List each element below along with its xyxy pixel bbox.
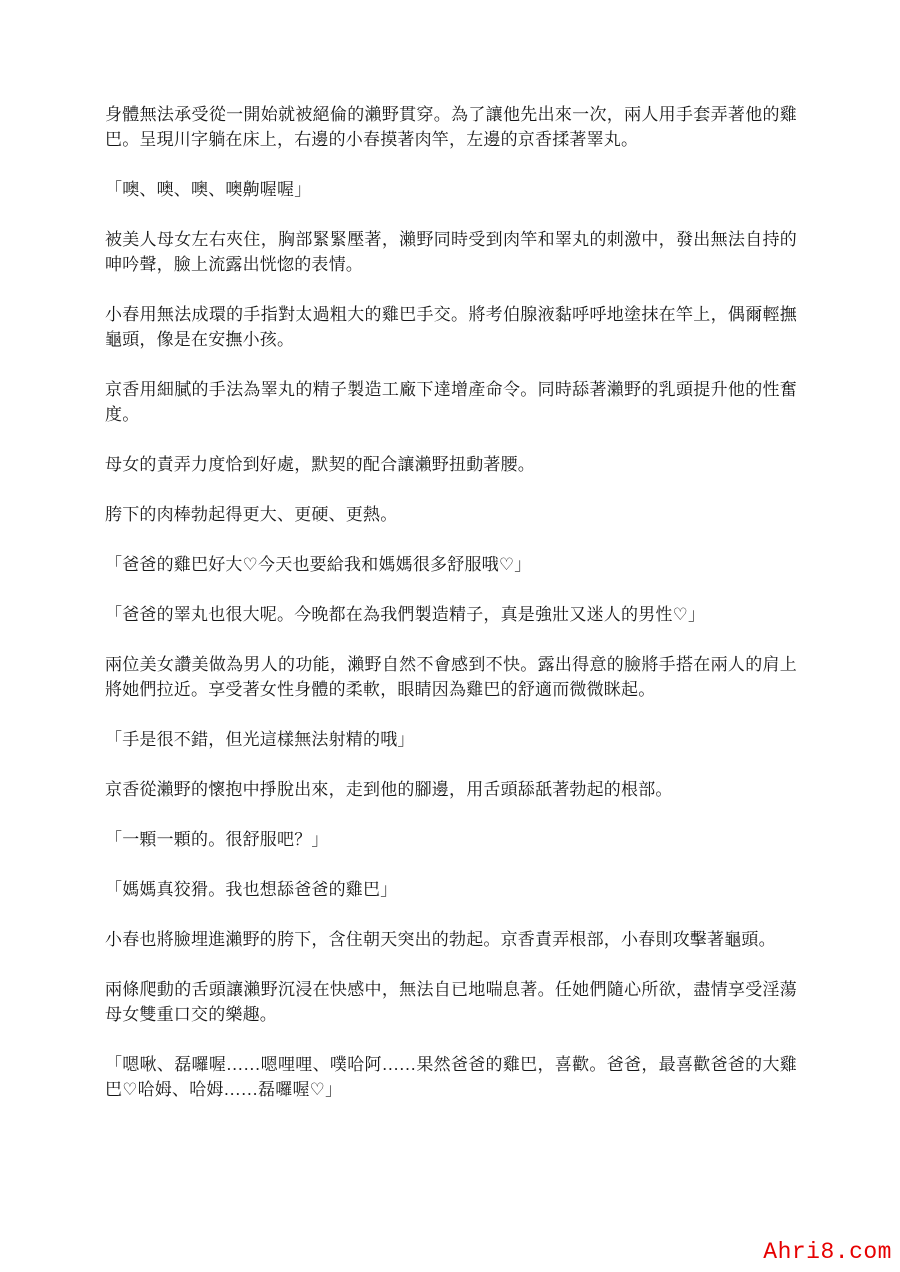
paragraph-13: 「一顆一顆的。很舒服吧？」 [105,827,797,852]
paragraph-16: 兩條爬動的舌頭讓瀨野沉浸在快感中，無法自已地喘息著。任她們隨心所欲，盡情享受淫蕩… [105,977,797,1027]
paragraph-11: 「手是很不錯，但光這樣無法射精的哦」 [105,727,797,752]
paragraph-17: 「嗯啾、磊囉喔……嗯哩哩、噗哈阿……果然爸爸的雞巴，喜歡。爸爸，最喜歡爸爸的大雞… [105,1052,797,1102]
paragraph-2: 「噢、噢、噢、噢齁喔喔」 [105,177,797,202]
page: 身體無法承受從一開始就被絕倫的瀨野貫穿。為了讓他先出來一次，兩人用手套弄著他的雞… [0,0,900,1272]
paragraph-9: 「爸爸的睪丸也很大呢。今晚都在為我們製造精子，真是強壯又迷人的男性♡」 [105,602,797,627]
paragraph-15: 小春也將臉埋進瀨野的胯下，含住朝天突出的勃起。京香責弄根部，小春則攻擊著龜頭。 [105,927,797,952]
paragraph-1: 身體無法承受從一開始就被絕倫的瀨野貫穿。為了讓他先出來一次，兩人用手套弄著他的雞… [105,102,797,152]
paragraph-10: 兩位美女讚美做為男人的功能，瀨野自然不會感到不快。露出得意的臉將手搭在兩人的肩上… [105,652,797,702]
document-text: 身體無法承受從一開始就被絕倫的瀨野貫穿。為了讓他先出來一次，兩人用手套弄著他的雞… [105,102,797,1127]
paragraph-6: 母女的責弄力度恰到好處，默契的配合讓瀨野扭動著腰。 [105,452,797,477]
paragraph-4: 小春用無法成環的手指對太過粗大的雞巴手交。將考伯腺液黏呼呼地塗抹在竿上，偶爾輕撫… [105,302,797,352]
paragraph-12: 京香從瀨野的懷抱中掙脫出來，走到他的腳邊，用舌頭舔舐著勃起的根部。 [105,777,797,802]
watermark: Ahri8.com [763,1239,892,1265]
paragraph-14: 「媽媽真狡猾。我也想舔爸爸的雞巴」 [105,877,797,902]
paragraph-7: 胯下的肉棒勃起得更大、更硬、更熱。 [105,502,797,527]
paragraph-5: 京香用細膩的手法為睪丸的精子製造工廠下達增產命令。同時舔著瀨野的乳頭提升他的性奮… [105,377,797,427]
paragraph-3: 被美人母女左右夾住，胸部緊緊壓著，瀨野同時受到肉竿和睪丸的刺激中，發出無法自持的… [105,227,797,277]
paragraph-8: 「爸爸的雞巴好大♡今天也要給我和媽媽很多舒服哦♡」 [105,552,797,577]
